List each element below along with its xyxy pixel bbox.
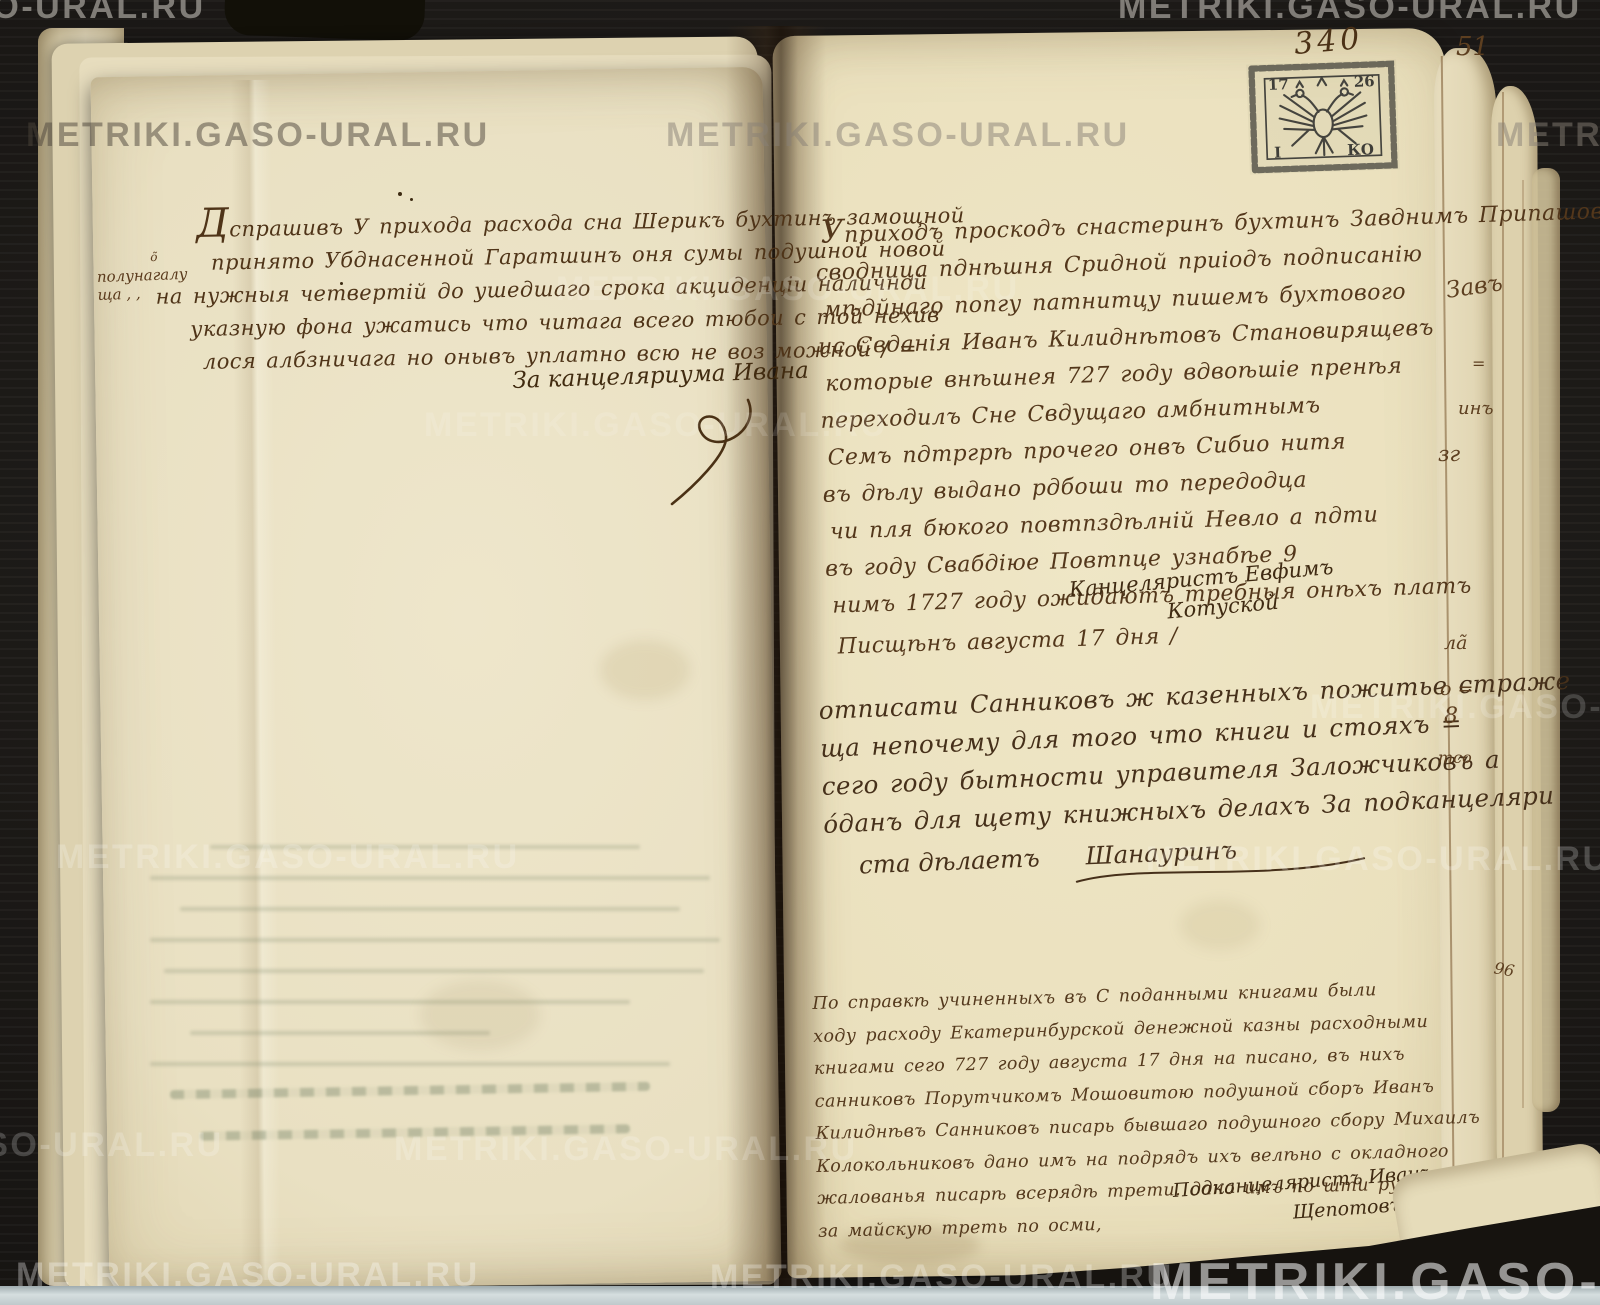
- edge-text-fragment: зг: [1438, 442, 1460, 466]
- edge-text-fragment: тсо: [1438, 748, 1472, 767]
- right-page-entry-2: отписати Санниковъ ж казенныхъ пожитье с…: [818, 666, 1470, 886]
- show-through-text: [150, 845, 740, 1093]
- ghost-text-line: [180, 907, 680, 911]
- paper-stain: [1180, 900, 1260, 950]
- margin-note-line: ща , ,: [97, 284, 141, 303]
- edge-text-fragment: о =: [1440, 678, 1473, 700]
- paper-stain: [600, 640, 690, 700]
- left-page-paragraph: Дспрашивъ У прихода расхода сна Шерикъ б…: [196, 199, 774, 379]
- stamp-year-left: 17: [1268, 75, 1289, 94]
- edge-text-fragment: инъ: [1458, 398, 1493, 419]
- page-edge-strip: [1532, 168, 1560, 1112]
- stamp-denomination: I: [1274, 143, 1282, 161]
- closing-words: ста дѣлаетъ: [858, 839, 1040, 884]
- edge-text-fragment: =: [1472, 354, 1485, 373]
- ghost-text-line: [150, 1062, 670, 1066]
- stamp-denomination: КО: [1347, 140, 1374, 159]
- stamp-year-right: 26: [1353, 72, 1374, 91]
- ghost-text-line: [150, 876, 710, 880]
- ghost-text-line: [210, 845, 640, 849]
- margin-rule-line: [1502, 92, 1504, 1190]
- ghost-text-line: [150, 1000, 630, 1004]
- paper-stain: [420, 980, 540, 1050]
- pen-flourish: [652, 392, 782, 512]
- ink-dot: [410, 198, 413, 201]
- page-number: 340: [1293, 21, 1365, 62]
- edge-text-fragment: 8: [1444, 704, 1458, 729]
- revenue-stamp: 17 26 I КО: [1246, 59, 1400, 174]
- scanner-edge-strip: [0, 1286, 1600, 1305]
- edge-text-fragment: 96: [1493, 958, 1516, 980]
- manuscript-scan: о̃ полунагалу ща , , Дспрашивъ У прихода…: [0, 0, 1600, 1305]
- signature-name: Шанауринъ: [1085, 831, 1238, 875]
- margin-rule-line: [1522, 180, 1524, 1108]
- ghost-text-line: [150, 938, 720, 942]
- edge-text-fragment: 51: [1456, 32, 1489, 62]
- cover-corner-shadow: [224, 0, 426, 41]
- ink-dot: [398, 192, 402, 196]
- edge-text-fragment: ла̃: [1444, 632, 1467, 654]
- ghost-text-line: [164, 969, 704, 973]
